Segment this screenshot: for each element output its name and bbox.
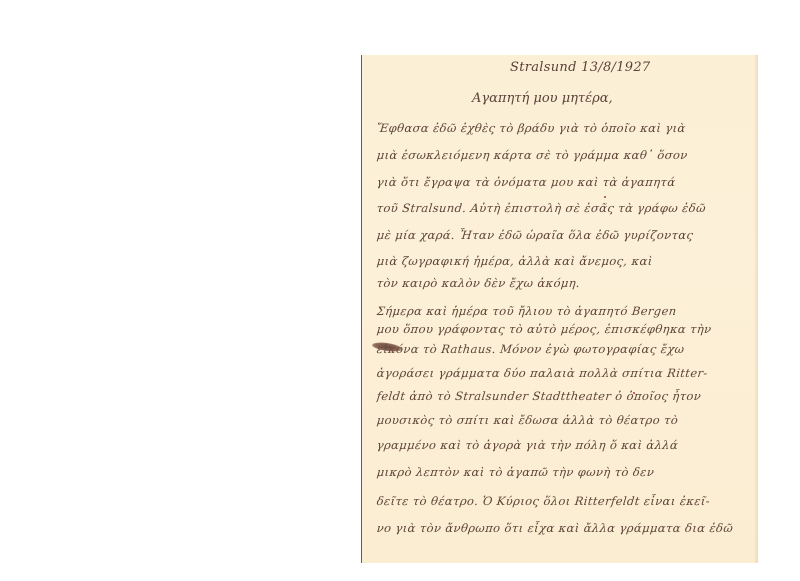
ink-speck: [604, 196, 606, 198]
letter-line: μὲ μία χαρά. Ἦταν ἐδῶ ὡραῖα ὅλα ἐδῶ γυρί…: [376, 228, 751, 242]
letter-line: τὸν καιρὸ καλὸν δὲν ἔχω ἀκόμη.: [376, 276, 751, 290]
letter-line: feldt ἀπὸ τὸ Stralsunder Stadttheater ὁ …: [376, 389, 751, 403]
letter-line: δεῖτε τὸ θέατρο. Ὁ Κύριος ὅλοι Ritterfel…: [376, 494, 751, 508]
letter-line: μιὰ ζωγραφική ἡμέρα, ἀλλὰ καὶ ἄνεμος, κα…: [376, 254, 751, 268]
letter-line: μου ὅπου γράφοντας τὸ αὐτὸ μέρος, ἐπισκέ…: [376, 322, 751, 336]
letter-line: Σήμερα καὶ ἡμέρα τοῦ ἤλιου τὸ ἀγαπητό Be…: [376, 304, 751, 318]
letter-date-header: Stralsund 13/8/1927: [510, 60, 650, 75]
letter-line: γιὰ ὅτι ἔγραψα τὰ ὀνόματα μου καὶ τὰ ἀγα…: [376, 175, 751, 189]
scan-canvas: Stralsund 13/8/1927 Αγαπητή μου μητέρα, …: [0, 0, 800, 581]
letter-line: μουσικὸς τὸ σπίτι καὶ ἔδωσα ἀλλὰ τὸ θέατ…: [376, 413, 751, 427]
letter-line: νο γιὰ τὸν ἄνθρωπο ὅτι εἶχα καὶ ἄλλα γρά…: [376, 521, 751, 535]
letter-line: μικρὸ λεπτὸν καὶ τὸ ἀγαπῶ τὴν φωνὴ τὸ δε…: [376, 465, 751, 479]
ink-speck: [633, 392, 635, 394]
letter-line: γραμμένο καὶ τὸ ἀγορὰ γιὰ τὴν πόλη ὅ καὶ…: [376, 438, 751, 452]
letter-line: ἀγοράσει γράμματα δύο παλαιὰ πολλὰ σπίτι…: [376, 366, 751, 380]
letter-line: Ἔφθασα ἐδῶ ἐχθὲς τὸ βράδυ γιὰ τὸ ὁποῖο κ…: [376, 121, 751, 135]
letter-salutation: Αγαπητή μου μητέρα,: [472, 91, 613, 106]
letter-page: Stralsund 13/8/1927 Αγαπητή μου μητέρα, …: [361, 55, 758, 563]
letter-line: μιὰ ἐσωκλειόμενη κάρτα σὲ τὸ γράμμα καθ᾽…: [376, 148, 751, 162]
letter-line: τοῦ Stralsund. Αὐτὴ ἐπιστολὴ σὲ ἐσᾶς τὰ …: [376, 201, 751, 215]
letter-line: εἰκόνα τὸ Rathaus. Μόνον ἐγὼ φωτογραφίας…: [376, 342, 751, 356]
